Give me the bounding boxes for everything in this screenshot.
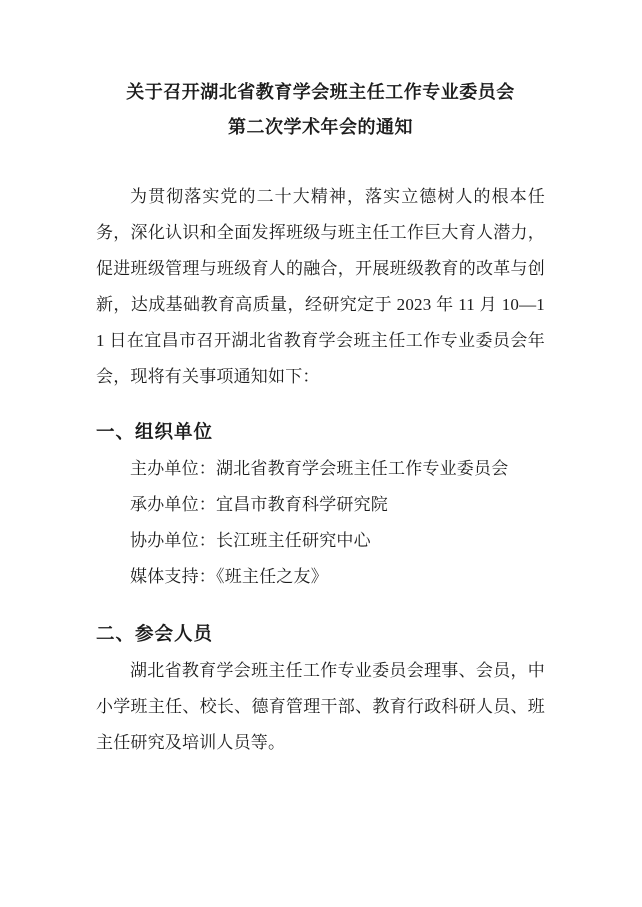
section-participants-heading: 二、参会人员 (96, 617, 545, 653)
organizer-item-host: 主办单位：湖北省教育学会班主任工作专业委员会 (96, 451, 545, 487)
title-line-2: 第二次学术年会的通知 (96, 110, 545, 145)
section-participants: 二、参会人员 湖北省教育学会班主任工作专业委员会理事、会员，中小学班主任、校长、… (96, 617, 545, 761)
organizer-item-media-support: 媒体支持：《班主任之友》 (96, 559, 545, 595)
organizer-item-undertaker: 承办单位：宜昌市教育科学研究院 (96, 487, 545, 523)
participants-paragraph: 湖北省教育学会班主任工作专业委员会理事、会员，中小学班主任、校长、德育管理干部、… (96, 653, 545, 761)
intro-paragraph: 为贯彻落实党的二十大精神，落实立德树人的根本任务，深化认识和全面发挥班级与班主任… (96, 179, 545, 395)
section-organizers-heading: 一、组织单位 (96, 415, 545, 451)
title-line-1: 关于召开湖北省教育学会班主任工作专业委员会 (96, 75, 545, 110)
document-page: 关于召开湖北省教育学会班主任工作专业委员会 第二次学术年会的通知 为贯彻落实党的… (0, 0, 642, 907)
organizer-item-coorganizer: 协办单位：长江班主任研究中心 (96, 523, 545, 559)
document-title: 关于召开湖北省教育学会班主任工作专业委员会 第二次学术年会的通知 (96, 75, 545, 145)
section-organizers: 一、组织单位 主办单位：湖北省教育学会班主任工作专业委员会 承办单位：宜昌市教育… (96, 415, 545, 595)
